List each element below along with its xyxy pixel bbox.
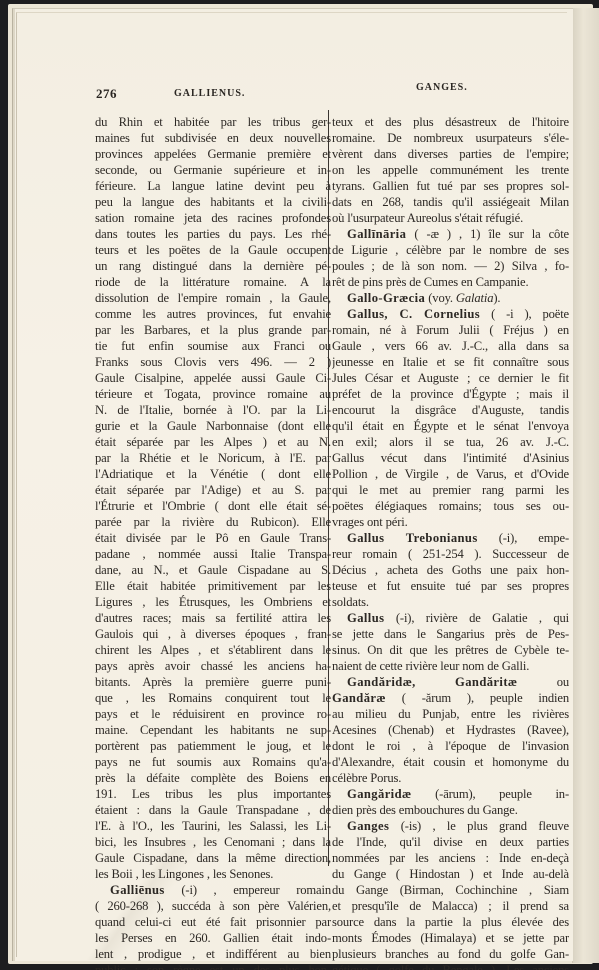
text-line: en exil; alors il se tua, 26 av. J.-C. <box>332 434 569 450</box>
entry-gang-rid-first-line: Gangăridæ (-ārum), peuple in- <box>332 786 569 802</box>
text-line: seconde, ou Germanie supérieure et in- <box>95 162 331 178</box>
text-line: sinus. On dit que les prêtres de Cybèle … <box>332 642 569 658</box>
text-line: Gaule Cisalpine, appelée aussi Gaule Ci- <box>95 370 331 386</box>
text-line: dane, au N., et Gaule Cispadane au S. <box>95 562 331 578</box>
entry-gand-rid-second-line: Gandăræ ( -ărum ), peuple indien <box>332 690 569 706</box>
text-line: nommées par les anciens : Inde en-deçà <box>332 850 569 866</box>
text-line: pays et le réduisirent en province ro- <box>95 706 331 722</box>
text-line: que , les Romains conquirent tout le <box>95 690 331 706</box>
text-line: source dans la partie la plus élevée des <box>332 914 569 930</box>
text-line: les Boii , les Lingones , les Senones. <box>95 866 331 882</box>
text-line: dien près des embouchures du Gange. <box>332 802 569 818</box>
text-line: au milieu du Punjab, entre les rivières <box>332 706 569 722</box>
text-line: poules ; de là son nom. — 2) Silva , fo- <box>332 258 569 274</box>
text-line: public ; son règne est un des plus hon- <box>95 962 331 970</box>
text-line: pays ne fut soumis aux Romains qu'a- <box>95 754 331 770</box>
text-line: jeunesse en Italie et se fit connaître s… <box>332 354 569 370</box>
entry-gall-n-ria-first-line: Gallīnāria ( -æ ) , 1) île sur la côte <box>332 226 569 242</box>
text-line: encourut la disgrâce d'Auguste, tandis <box>332 402 569 418</box>
text-line: qu'il était en Égypte et le sénat l'envo… <box>332 418 569 434</box>
text-line: tie fut enfin soumise aux Franci ou <box>95 338 331 354</box>
text-line: dissolution de l'empire romain , la Gaul… <box>95 290 331 306</box>
text-line: près la défaite complète des Boiens en <box>95 770 331 786</box>
text-line: Elle était habitée primitivement par les <box>95 578 331 594</box>
text-line: du Gange (Birman, Cochinchine , Siam <box>332 882 569 898</box>
cross-reference: Galatia <box>456 291 493 305</box>
headword-ganges: Ganges <box>347 819 389 833</box>
text-line: férieure. La langue latine devint peu à <box>95 178 331 194</box>
text-line: teux et des plus désastreux de l'hitoire <box>332 114 569 130</box>
text-line: les Perses en 260. Gallien était indo- <box>95 930 331 946</box>
text-line: était séparée par les Alpes ) et au N. <box>95 434 331 450</box>
text-line: qui le met au premier rang parmi les <box>332 482 569 498</box>
text-line: tyrans. Gallien fut tué par ses propres … <box>332 178 569 194</box>
headword-gall-n-ria: Gallīnāria <box>347 227 406 241</box>
text-line: d'Alexandre, était cousin et homonyme du <box>332 754 569 770</box>
headword-secondary: Gandăritæ <box>455 675 517 689</box>
left-column: du Rhin et habitée par les tribus ger-ma… <box>95 114 331 970</box>
headword-gallus-trebonianus: Gallus Trebonianus <box>347 531 478 545</box>
text-line: un rang distingué dans la dernière pé- <box>95 258 331 274</box>
text-line: romain, né à Forum Julii ( Fréjus ) en <box>332 322 569 338</box>
text-line: sation romaine jeta des racines profonde… <box>95 210 331 226</box>
text-line: plusieurs branches au fond du golfe Gan- <box>332 946 569 962</box>
running-head-left: GALLIENUS. <box>174 88 245 99</box>
entry-gand-rid-first-line: Gandăridæ, Gandăritæ ou <box>332 674 569 690</box>
entry-gallus-trebonianus-first-line: Gallus Trebonianus (-i), empe- <box>332 530 569 546</box>
entry-gallus-c-cornelius-first-line: Gallus, C. Cornelius ( -i ), poëte <box>332 306 569 322</box>
text-line: Acesines (Chenab) et Hydrastes (Ravee), <box>332 722 569 738</box>
text-line: Franks sous Clovis vers 496. — 2 ) <box>95 354 331 370</box>
entry-gallus-first-line: Gallus (-i), rivière de Galatie , qui <box>332 610 569 626</box>
text-line: étaient : dans la Gaule Transpadane , de <box>95 802 331 818</box>
text-line: l'Étrurie et l'Ombrie ( dont elle était … <box>95 498 331 514</box>
text-line: lent , prodigue , et indifférent au bien <box>95 946 331 962</box>
text-line: teuse et fut ensuite tué par ses propres <box>332 578 569 594</box>
text-line: padane , nommée aussi Italie Transpa- <box>95 546 331 562</box>
text-line: vèrent dans diverses parties de l'empire… <box>332 146 569 162</box>
entry-text: (-i), rivière de Galatie , qui <box>384 611 569 625</box>
headword-gang-rid: Gangăridæ <box>347 787 411 801</box>
entry-text: (-i), empe- <box>478 531 569 545</box>
text-line: on les appelle communément les trente <box>332 162 569 178</box>
text-line: de l'Inde, qu'il divise en deux parties <box>332 834 569 850</box>
text-line: ( 260-268 ), succéda à son père Valérien… <box>95 898 331 914</box>
text-line: l'Adriatique et la Vénétie ( dont elle <box>95 466 331 482</box>
text-line: préfet de la province d'Égypte ; mais il <box>332 386 569 402</box>
text-line: Gaule Cispadane, dans la même direction, <box>95 850 331 866</box>
entry-gallo-gr-cia-first-line: Gallo-Græcia (voy. Galatia). <box>332 290 569 306</box>
text-line: Gaule , vers 66 av. J.-C., alla dans sa <box>332 338 569 354</box>
running-head-right: GANGES. <box>416 82 468 93</box>
text-line: du Rhin et habitée par les tribus ger- <box>95 114 331 130</box>
text-line: chirent les Alpes , et s'établirent dans… <box>95 642 331 658</box>
text-line: d'autres races; mais sa fertilité attira… <box>95 610 331 626</box>
headword-gallienus: Galliēnus <box>110 883 165 897</box>
text-line: gétique ( golfe du Bengale ). Les ancien… <box>332 962 569 970</box>
text-line: par la Rhétie et le Noricum, à l'E. par <box>95 450 331 466</box>
headword-gallus-c-cornelius: Gallus, C. Cornelius <box>347 307 480 321</box>
text-line: vrages ont péri. <box>332 514 569 530</box>
entry-gallienus-first-line: Galliēnus (-i) , empereur romain <box>95 882 331 898</box>
page-number: 276 <box>96 86 117 102</box>
headword-gallo-gr-cia: Gallo-Græcia <box>347 291 425 305</box>
text-line: rêt de pins près de Cumes en Campanie. <box>332 274 569 290</box>
text-line: de Ligurie , célèbre par le nombre de se… <box>332 242 569 258</box>
text-line: l'E. à l'O., les Taurini, les Salassi, l… <box>95 818 331 834</box>
text-line: quand celui-ci eut été fait prisonnier p… <box>95 914 331 930</box>
text-line: Gaulois qui , à diverses époques , fran- <box>95 626 331 642</box>
text-line: Ligures , les Étrusques, les Ombriens et <box>95 594 331 610</box>
text-line: maine. Cependant les habitants ne sup- <box>95 722 331 738</box>
text-line: provinces appelées Germanie première et <box>95 146 331 162</box>
right-column: teux et des plus désastreux de l'hitoire… <box>332 114 569 970</box>
entry-text: ). <box>493 291 500 305</box>
text-line: monts Émodes (Himalaya) et se jette par <box>332 930 569 946</box>
text-line: se jette dans le Sangarius près de Pes- <box>332 626 569 642</box>
entry-text: (voy. <box>425 291 456 305</box>
text-line: par les Barbares, et la plus grande par- <box>95 322 331 338</box>
text-line: du Gange ( Hindostan ) et Inde au-delà <box>332 866 569 882</box>
text-line: Gallus vécut dans l'intimité d'Asinius <box>332 450 569 466</box>
text-line: soldats. <box>332 594 569 610</box>
text-line: pays après avoir chassé les anciens ha- <box>95 658 331 674</box>
text-line: parée par la rivière du Rubicon). Elle <box>95 514 331 530</box>
text-line: riode de la littérature romaine. A la <box>95 274 331 290</box>
text-line: peu la langue des habitants et la civili… <box>95 194 331 210</box>
text-line: comme les autres provinces, fut envahie <box>95 306 331 322</box>
entry-text: ( -ărum ), peuple indien <box>386 691 569 705</box>
text-line: maines fut subdivisée en deux nouvelles <box>95 130 331 146</box>
text-line: bitants. Après la première guerre puni- <box>95 674 331 690</box>
next-page-edge <box>572 8 599 963</box>
text-line: était séparée par l'Adige) et au S. par <box>95 482 331 498</box>
text-line: térieure et Togata, province romaine au <box>95 386 331 402</box>
text-line: 191. Les tribus les plus importantes <box>95 786 331 802</box>
text-line: gurie et la Gaule Narbonnaise (dont elle <box>95 418 331 434</box>
text-line: teurs et les poëtes de la Gaule occupent <box>95 242 331 258</box>
text-line: romaine. De nombreux usurpateurs s'éle- <box>332 130 569 146</box>
text-line: Décius , acheta des Goths une paix hon- <box>332 562 569 578</box>
text-line: où l'usurpateur Aureolus s'était réfugié… <box>332 210 569 226</box>
entry-text: (-is) , le plus grand fleuve <box>389 819 569 833</box>
text-line: dats en 268, tandis qu'il assiégeait Mil… <box>332 194 569 210</box>
text-line: portèrent pas patiemment le joug, et le <box>95 738 331 754</box>
entry-text: (-i) , empereur romain <box>165 883 331 897</box>
text-line: N. de l'Italie, bornée à l'O. par la Li- <box>95 402 331 418</box>
text-line: dont le roi , à l'époque de l'invasion <box>332 738 569 754</box>
entry-ganges-first-line: Ganges (-is) , le plus grand fleuve <box>332 818 569 834</box>
text-line: naient de cette rivière leur nom de Gall… <box>332 658 569 674</box>
text-line: Pollion , de Virgile , de Varus, et d'Ov… <box>332 466 569 482</box>
headword-gallus: Gallus <box>347 611 384 625</box>
entry-text: ( -i ), poëte <box>480 307 569 321</box>
headword-gand-rid: Gandăridæ, <box>347 675 416 689</box>
entry-text: (-ārum), peuple in- <box>411 787 569 801</box>
headword-tertiary: Gandăræ <box>332 691 386 705</box>
text-line: était divisée par le Pô en Gaule Trans- <box>95 530 331 546</box>
entry-text: ou <box>517 675 569 689</box>
text-line: poëtes élégiaques romains; tous ses ou- <box>332 498 569 514</box>
text-line: dans toutes les parties du pays. Les rhé… <box>95 226 331 242</box>
text-line: bici, les Insubres , les Cenomani ; dans… <box>95 834 331 850</box>
text-line: Jules César et Auguste ; ce dernier le f… <box>332 370 569 386</box>
text-line: et presqu'île de Malacca) ; il prend sa <box>332 898 569 914</box>
running-header: 276 GALLIENUS. GANGES. <box>96 86 568 104</box>
text-line: reur romain ( 251-254 ). Successeur de <box>332 546 569 562</box>
text-line: célèbre Porus. <box>332 770 569 786</box>
entry-text: ( -æ ) , 1) île sur la côte <box>406 227 569 241</box>
